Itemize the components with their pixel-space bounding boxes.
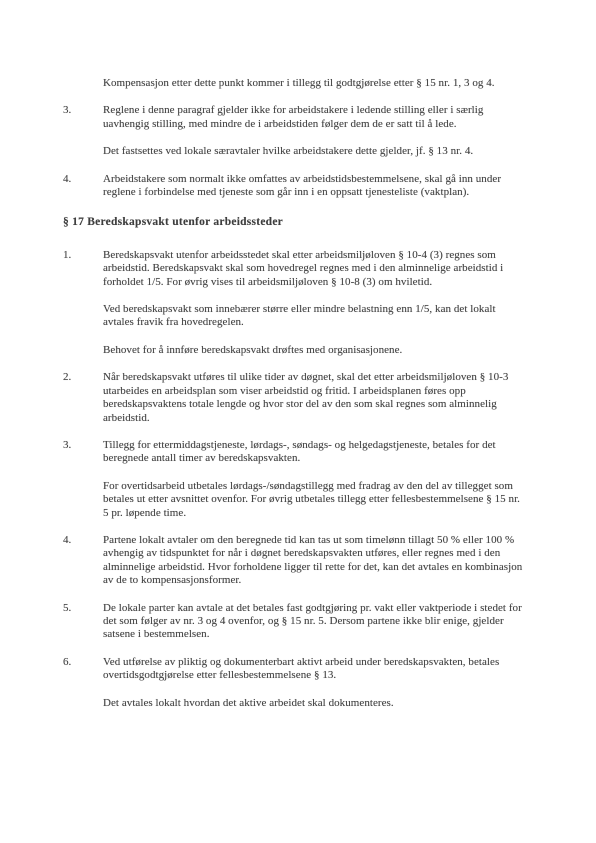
item-paragraph: De lokale parter kan avtale at det betal… (103, 602, 525, 642)
item-number: 2. (63, 371, 103, 384)
item-body: Beredskapsvakt utenfor arbeidsstedet ska… (103, 249, 525, 371)
numbered-item-1: 1. Beredskapsvakt utenfor arbeidsstedet … (63, 249, 525, 371)
numbered-item-6: 6. Ved utførelse av pliktig og dokumente… (63, 656, 525, 724)
item-number: 3. (63, 104, 103, 117)
item-body: Partene lokalt avtaler om den beregnede … (103, 534, 525, 602)
item-paragraph: Beredskapsvakt utenfor arbeidsstedet ska… (103, 249, 525, 289)
document-page: Kompensasjon etter dette punkt kommer i … (0, 0, 596, 843)
item-number: 1. (63, 249, 103, 262)
item-paragraph: Behovet for å innføre beredskapsvakt drø… (103, 344, 525, 357)
item-number: 6. (63, 656, 103, 669)
item-paragraph: For overtidsarbeid utbetales lørdags-/sø… (103, 480, 525, 520)
item-body: Reglene i denne paragraf gjelder ikke fo… (103, 104, 525, 172)
item-body: Tillegg for ettermiddagstjeneste, lørdag… (103, 439, 525, 534)
numbered-item-pre-3: 3. Reglene i denne paragraf gjelder ikke… (63, 104, 525, 172)
intro-paragraph: Kompensasjon etter dette punkt kommer i … (103, 77, 525, 90)
item-paragraph: Ved utførelse av pliktig og dokumenterba… (103, 656, 525, 683)
numbered-item-3: 3. Tillegg for ettermiddagstjeneste, lør… (63, 439, 525, 534)
item-paragraph: Når beredskapsvakt utføres til ulike tid… (103, 371, 525, 425)
numbered-item-4: 4. Partene lokalt avtaler om den beregne… (63, 534, 525, 602)
item-body: Arbeidstakere som normalt ikke omfattes … (103, 173, 525, 214)
item-paragraph: Tillegg for ettermiddagstjeneste, lørdag… (103, 439, 525, 466)
item-number: 3. (63, 439, 103, 452)
item-body: Når beredskapsvakt utføres til ulike tid… (103, 371, 525, 439)
numbered-item-pre-4: 4. Arbeidstakere som normalt ikke omfatt… (63, 173, 525, 214)
item-body: Ved utførelse av pliktig og dokumenterba… (103, 656, 525, 724)
item-paragraph: Det fastsettes ved lokale særavtaler hvi… (103, 145, 525, 158)
item-number: 4. (63, 534, 103, 547)
section-heading: § 17 Beredskapsvakt utenfor arbeidsstede… (63, 216, 525, 229)
item-paragraph: Reglene i denne paragraf gjelder ikke fo… (103, 104, 525, 131)
item-number: 5. (63, 602, 103, 615)
numbered-item-2: 2. Når beredskapsvakt utføres til ulike … (63, 371, 525, 439)
numbered-item-5: 5. De lokale parter kan avtale at det be… (63, 602, 525, 656)
item-paragraph: Det avtales lokalt hvordan det aktive ar… (103, 697, 525, 710)
item-number: 4. (63, 173, 103, 186)
item-paragraph: Arbeidstakere som normalt ikke omfattes … (103, 173, 525, 200)
item-paragraph: Partene lokalt avtaler om den beregnede … (103, 534, 525, 588)
item-paragraph: Ved beredskapsvakt som innebærer større … (103, 303, 525, 330)
item-body: De lokale parter kan avtale at det betal… (103, 602, 525, 656)
document-content: Kompensasjon etter dette punkt kommer i … (63, 77, 525, 724)
